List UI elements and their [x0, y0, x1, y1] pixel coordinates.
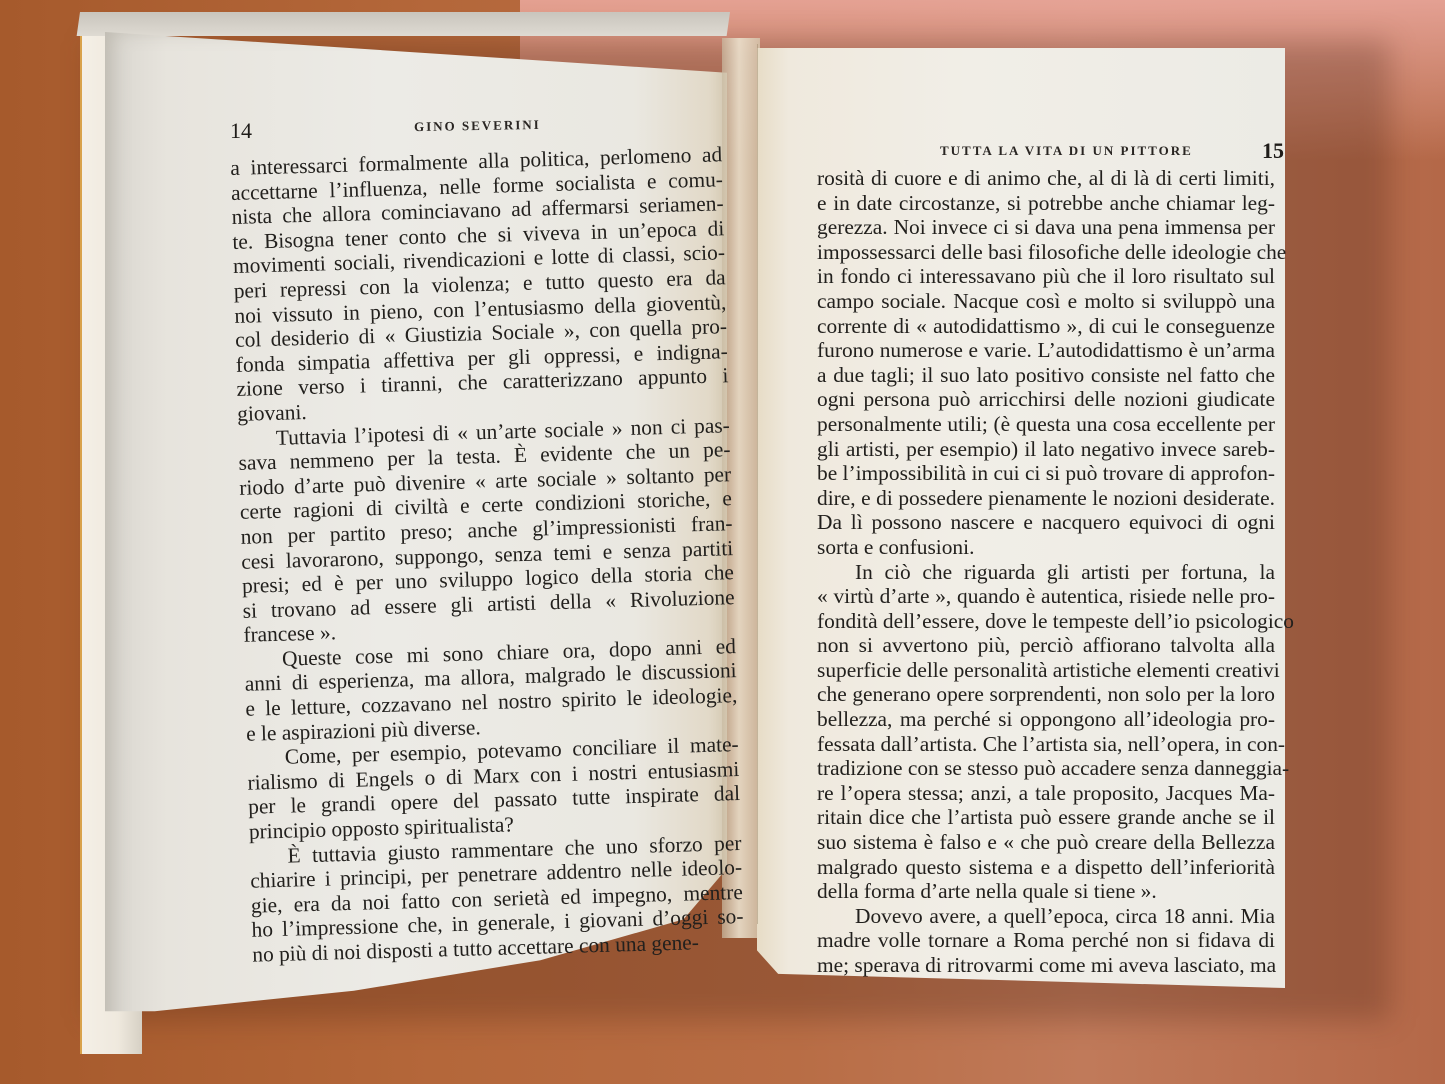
- text-line: che generano opere sorprendenti, non sol…: [817, 682, 1275, 707]
- text-line: corrente di « autodidattismo », di cui l…: [817, 314, 1275, 339]
- text-line: campo sociale. Nacque così e molto si sv…: [817, 289, 1275, 314]
- text-line: ogni persona può arricchirsi delle nozio…: [817, 387, 1275, 412]
- text-line: fessata dall’artista. Che l’artista sia,…: [817, 732, 1275, 757]
- text-line: bellezza, ma perché si oppongono all’ide…: [817, 707, 1275, 732]
- text-line: In ciò che riguarda gli artisti per fort…: [817, 560, 1275, 585]
- text-line: non si avvertono più, perciò affiorano t…: [817, 633, 1275, 658]
- text-line: furono numerose e varie. L’autodidattism…: [817, 338, 1275, 363]
- text-line: rosità di cuore e di animo che, al di là…: [817, 166, 1275, 191]
- left-page-number: 14: [230, 118, 252, 144]
- text-line: re l’opera stessa; anzi, a tale proposit…: [817, 781, 1275, 806]
- gutter-fold-line: [757, 44, 758, 924]
- text-line: superficie delle personalità artistiche …: [817, 658, 1275, 683]
- text-line: e in date circostanze, si potrebbe anche…: [817, 191, 1275, 216]
- right-page-number: 15: [1262, 138, 1284, 164]
- text-line: fondità dell’essere, dove le tempeste de…: [817, 609, 1275, 634]
- text-line: a due tagli; il suo lato positivo consis…: [817, 363, 1275, 388]
- right-page-body: rosità di cuore e di animo che, al di là…: [817, 166, 1275, 978]
- text-line: sorta e confusioni.: [817, 535, 1275, 560]
- text-line: dire, e di possedere pienamente le nozio…: [817, 486, 1275, 511]
- text-line: me; sperava di ritrovarmi come mi aveva …: [817, 953, 1275, 978]
- text-line: be l’impossibilità in cui ci si può trov…: [817, 461, 1275, 486]
- text-line: suo sistema è falso e « che può creare d…: [817, 830, 1275, 855]
- text-line: personalmente utili; (è questa una cosa …: [817, 412, 1275, 437]
- text-line: tradizione con se stesso può accadere se…: [817, 756, 1275, 781]
- text-line: Da lì possono nascere e nacquero equivoc…: [817, 510, 1275, 535]
- text-line: Dovevo avere, a quell’epoca, circa 18 an…: [817, 904, 1275, 929]
- text-line: ritain dice che l’artista può essere gra…: [817, 805, 1275, 830]
- book-cover-top-edge: [77, 12, 730, 36]
- text-line: malgrado questo sistema e a dispetto del…: [817, 855, 1275, 880]
- text-line: gli artisti, per esempio) il lato negati…: [817, 437, 1275, 462]
- text-line: madre volle tornare a Roma perché non si…: [817, 928, 1275, 953]
- text-line: in fondo ci interessavano più che il lor…: [817, 264, 1275, 289]
- right-running-head: TUTTA LA VITA DI UN PITTORE: [940, 143, 1193, 159]
- text-line: della forma d’arte nella quale si tiene …: [817, 879, 1275, 904]
- text-line: « virtù d’arte », quando è autentica, ri…: [817, 584, 1275, 609]
- text-line: gerezza. Noi invece ci si dava una pena …: [817, 215, 1275, 240]
- text-line: impossessarci delle basi filosofiche del…: [817, 240, 1275, 265]
- left-page-body: a interessarci formalmente alla politica…: [230, 142, 744, 967]
- left-running-head: GINO SEVERINI: [414, 117, 541, 135]
